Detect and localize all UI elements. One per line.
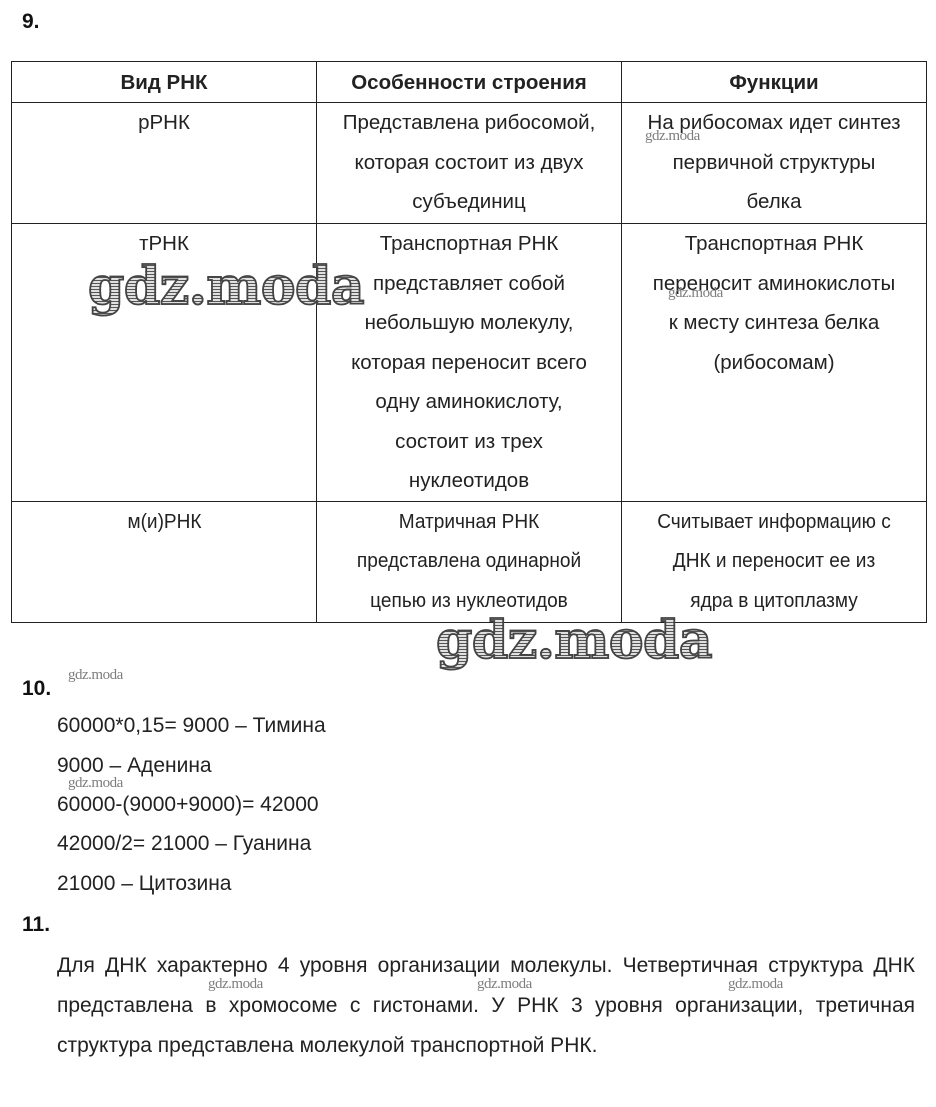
cell-text-line: (рибосомам) [626, 343, 922, 383]
watermark-small: gdz.moda [645, 128, 700, 145]
cell-text-line: первичной структуры [626, 143, 922, 183]
cell-text-line: которая переносит всего [321, 343, 617, 383]
cell-text-line: к месту синтеза белка [626, 303, 922, 343]
cell-function: Транспортная РНКпереносит аминокислотык … [622, 224, 927, 502]
cell-text-line: нуклеотидов [321, 461, 617, 501]
cell-text-line: небольшую молекулу, [321, 303, 617, 343]
cell-rna-type: м(и)РНК [22, 501, 306, 622]
cell-text-line: одну аминокислоту, [321, 382, 617, 422]
cell-structure: Представлена рибосомой,которая состоит и… [317, 103, 622, 224]
cell-text-line: Матричная РНК [331, 502, 606, 542]
calc-line-thymine: 60000*0,15= 9000 – Тимина [57, 714, 326, 738]
watermark-small: gdz.moda [668, 285, 723, 302]
cell-text-line: Транспортная РНК [626, 224, 922, 264]
calc-line-remainder: 60000-(9000+9000)= 42000 [57, 793, 319, 817]
calc-line-guanine: 42000/2= 21000 – Гуанина [57, 832, 311, 856]
cell-text-line: ДНК и переносит ее из [636, 541, 911, 581]
watermark-large: gdz.moda [88, 256, 364, 317]
cell-text-line: состоит из трех [321, 422, 617, 462]
watermark-small: gdz.moda [68, 775, 123, 792]
table-header-row: Вид РНК Особенности строения Функции [12, 62, 927, 103]
watermark-small: gdz.moda [728, 976, 783, 993]
table-row-mrna: м(и)РНКМатричная РНКпредставлена одинарн… [12, 501, 927, 622]
watermark-large: gdz.moda [436, 610, 712, 671]
task-11-number: 11. [22, 913, 50, 937]
cell-text-line: субъединиц [321, 182, 617, 222]
watermark-small: gdz.moda [208, 976, 263, 993]
task-11-answer: Для ДНК характерно 4 уровня организации … [57, 946, 915, 1066]
header-functions: Функции [622, 62, 927, 103]
cell-text-line: белка [626, 182, 922, 222]
table-row-rrna: рРНКПредставлена рибосомой,которая состо… [12, 103, 927, 224]
header-structure: Особенности строения [317, 62, 622, 103]
cell-text-line: представлена одинарной [331, 541, 606, 581]
cell-rna-type: рРНК [12, 103, 317, 224]
rna-types-table: Вид РНК Особенности строения Функции рРН… [11, 61, 927, 623]
task-10-number: 10. [22, 677, 51, 701]
cell-text-line: представляет собой [321, 264, 617, 304]
cell-text-line: которая состоит из двух [321, 143, 617, 183]
cell-structure: Матричная РНКпредставлена одинарнойцепью… [317, 501, 622, 622]
watermark-small: gdz.moda [68, 667, 123, 684]
cell-function: Считывает информацию сДНК и переносит ее… [622, 501, 927, 622]
header-rna-type: Вид РНК [12, 62, 317, 103]
cell-text-line: Представлена рибосомой, [321, 103, 617, 143]
cell-text-line: Транспортная РНК [321, 224, 617, 264]
cell-function: На рибосомах идет синтезпервичной структ… [622, 103, 927, 224]
task-9-number: 9. [22, 10, 40, 34]
cell-text-line: Считывает информацию с [636, 502, 911, 542]
calc-line-cytosine: 21000 – Цитозина [57, 872, 231, 896]
watermark-small: gdz.moda [477, 976, 532, 993]
